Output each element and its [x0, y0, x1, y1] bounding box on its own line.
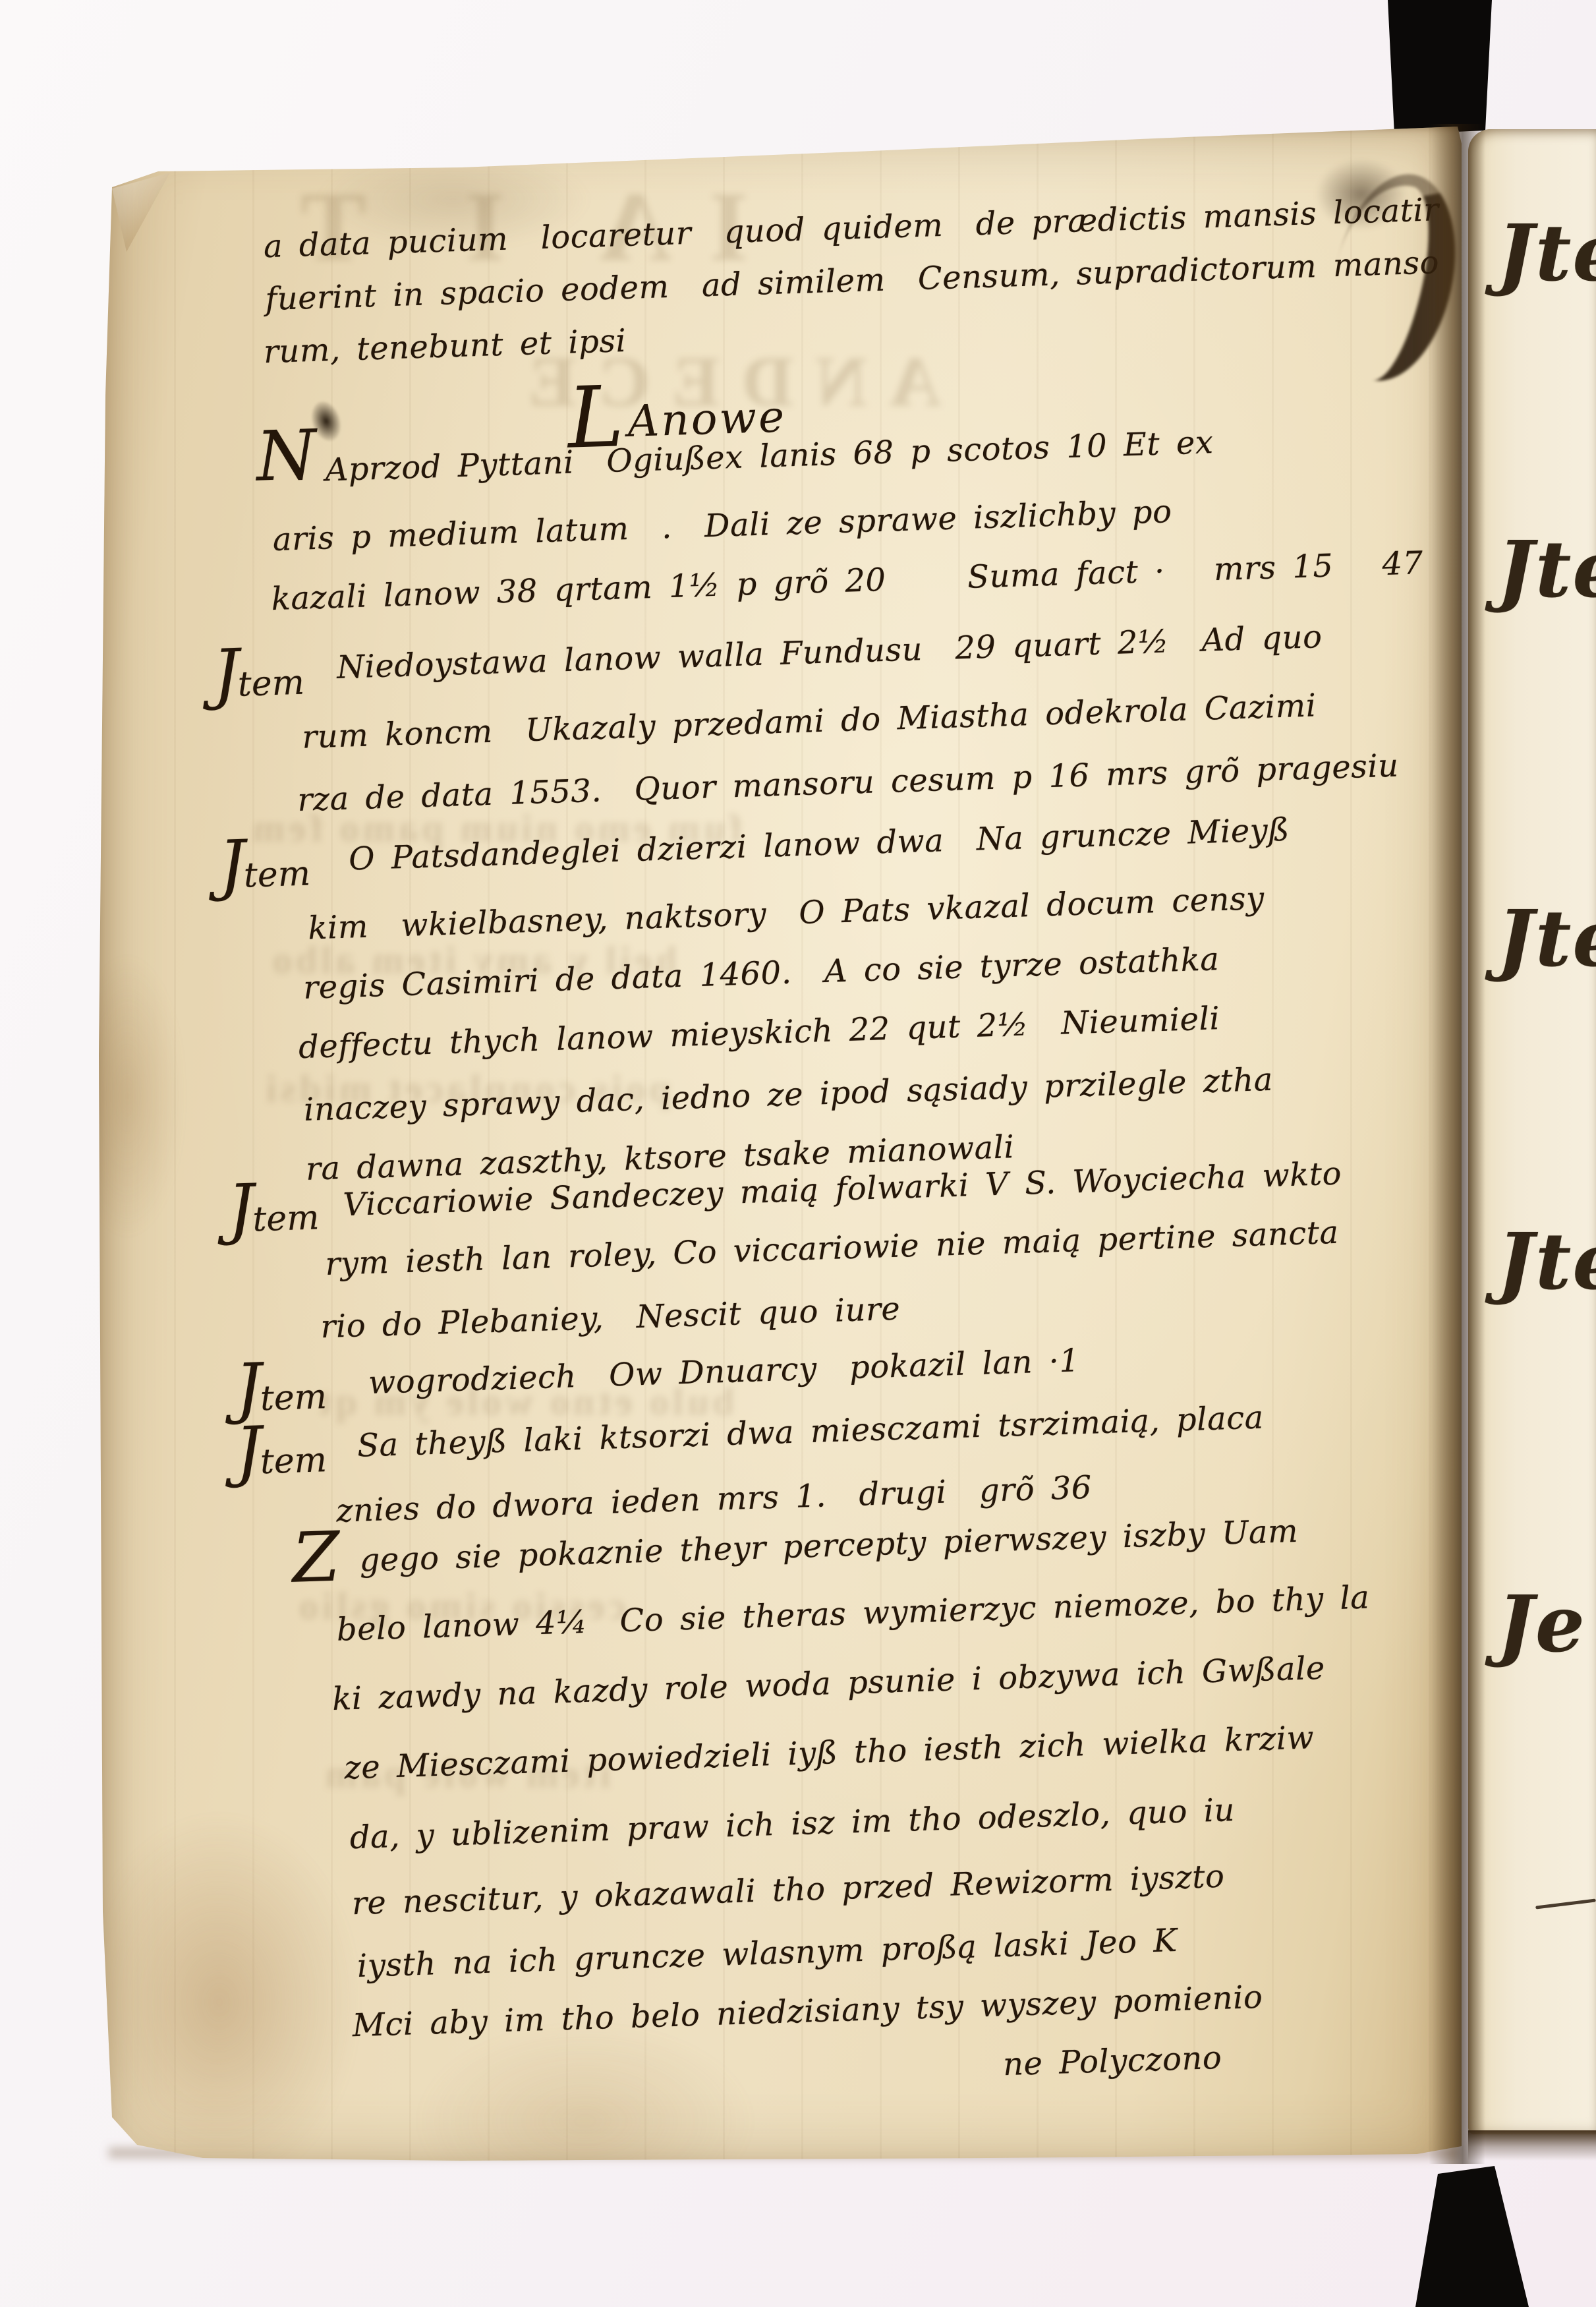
page-edge-vignette: [98, 124, 1462, 2171]
bookmark-ribbon-top: [0, 0, 1596, 138]
scanned-manuscript-screenshot: { "document": { "intro_lines": [ "a data…: [0, 0, 1596, 2307]
facing-page-item-initial: Jte: [1497, 523, 1596, 615]
facing-page-item-initial: Je: [1497, 1578, 1596, 1670]
manuscript-page: IA I T ANDECE fum emo nium pamo fem heil…: [98, 124, 1462, 2171]
facing-page-item-initial: Jte: [1497, 1215, 1596, 1307]
facing-page-edge: Jte Jte Jtem Jte Je: [1468, 129, 1596, 2134]
facing-page-item-initial: Jtem: [1497, 892, 1596, 984]
facing-page-item-initial: Jte: [1497, 207, 1596, 299]
book-gutter-shadow: [1429, 124, 1485, 2164]
book-board-edge: [1468, 2130, 1596, 2161]
